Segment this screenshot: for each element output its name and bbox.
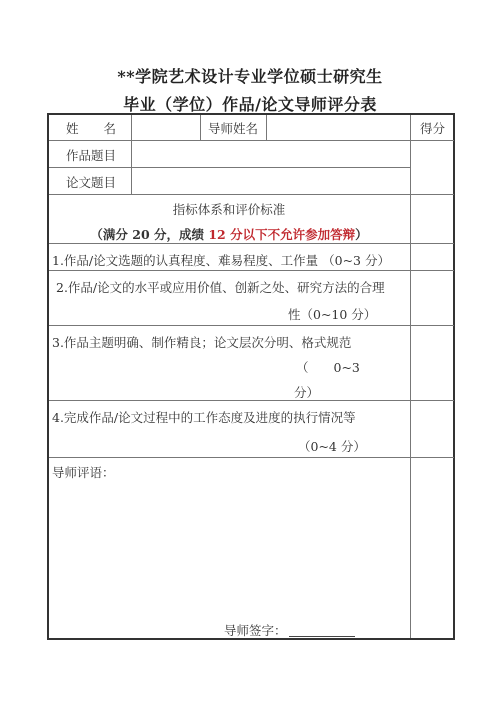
work-title-label: 作品题目 [66,146,116,164]
criterion-2-score-field[interactable] [411,271,454,325]
advisor-signature: 导师签字： [224,621,355,639]
criterion-4-score-field[interactable] [411,401,454,457]
advisor-name-field[interactable] [267,115,410,140]
col-divider [200,115,201,140]
row-divider [49,325,454,326]
thesis-title-field[interactable] [132,168,410,194]
criterion-2-range: 性（0~10 分） [288,305,376,323]
row-divider [49,270,454,271]
criteria-note-prefix: （满分 20 分，成绩 [90,227,208,242]
work-title-field[interactable] [132,141,410,167]
info-score-field[interactable] [411,141,454,194]
row-divider [49,194,454,195]
thesis-title-label: 论文题目 [66,173,116,191]
name-label: 姓 名 [66,119,116,137]
criterion-1-score-field[interactable] [411,244,454,270]
criterion-4-text: 4.完成作品/论文过程中的工作态度及进度的执行情况等 [52,408,356,426]
criterion-3-score-field[interactable] [411,326,454,400]
advisor-comments-label: 导师评语： [52,463,115,481]
criterion-3-range: （ 0~3 [296,358,360,376]
row-divider [49,243,454,244]
criterion-1-text: 1.作品/论文选题的认真程度、难易程度、工作量 （0~3 分） [52,251,390,269]
title-line-1: **学院艺术设计专业学位硕士研究生 [0,64,500,87]
advisor-comments-field[interactable] [50,480,408,610]
criterion-3-range-unit: 分） [294,383,319,401]
name-field[interactable] [132,115,200,140]
row-divider [49,457,454,458]
advisor-name-label: 导师姓名 [208,119,258,137]
comments-score-field[interactable] [411,458,454,638]
advisor-signature-field[interactable] [289,624,355,637]
criteria-note-highlight: 12 分以下不允许参加答辩 [208,227,355,242]
criteria-note-suffix: ） [355,227,368,242]
score-label: 得分 [420,119,445,137]
advisor-signature-label: 导师签字： [224,623,287,638]
criterion-3-text: 3.作品主题明确、制作精良；论文层次分明、格式规范 [52,333,351,351]
criterion-4-range: （0~4 分） [298,437,366,455]
row-divider [49,400,454,401]
title-line-2: 毕业（学位）作品/论文导师评分表 [0,92,500,115]
criteria-note: （满分 20 分，成绩 12 分以下不允许参加答辩） [0,225,458,243]
criterion-2-text: 2.作品/论文的水平或应用价值、创新之处、研究方法的合理 [56,278,385,296]
criteria-title: 指标体系和评价标准 [0,200,458,218]
